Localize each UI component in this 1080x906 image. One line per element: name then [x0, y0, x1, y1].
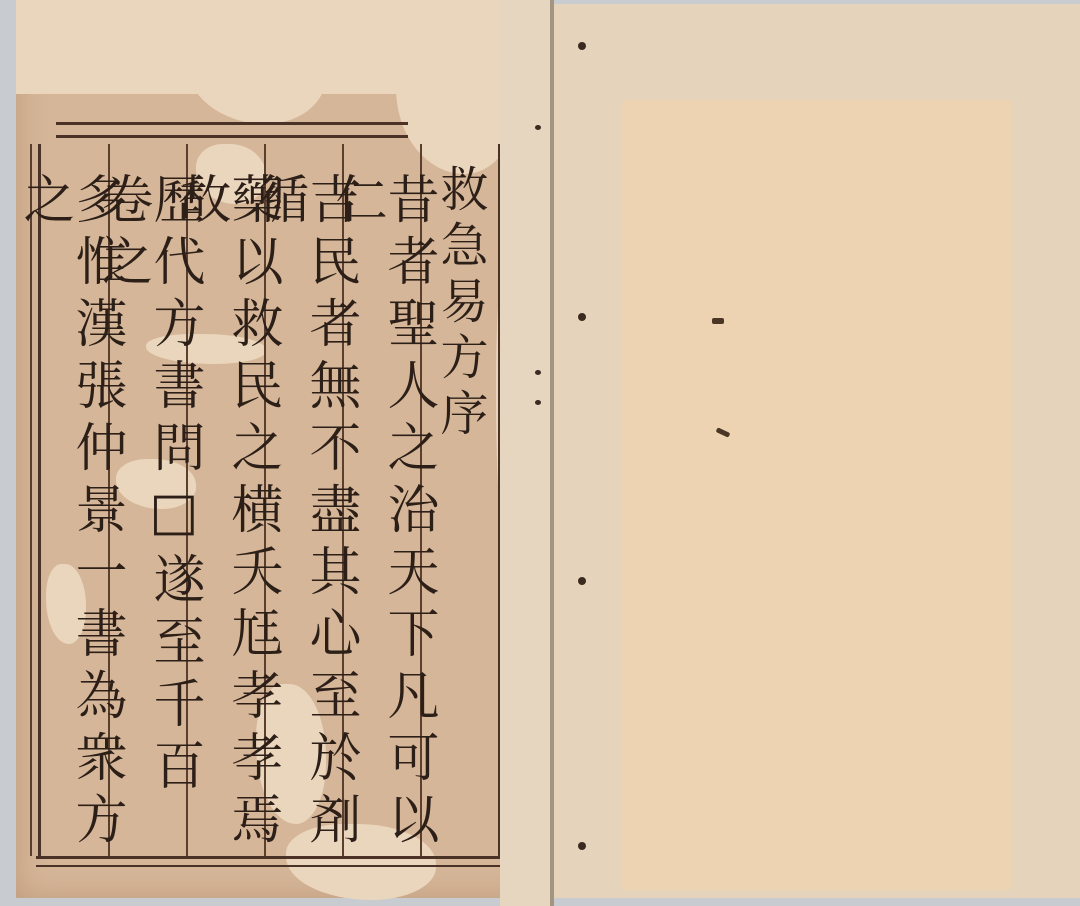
end-paper-panel	[622, 100, 1012, 890]
stitch-hole	[535, 125, 541, 130]
stitch-hole	[535, 400, 541, 405]
stitch-hole	[578, 842, 586, 850]
stitch-hole	[578, 42, 586, 50]
frame-bottom-border	[36, 856, 516, 867]
left-printed-leaf: 救急易方序 昔者聖人之治天下凡可以仁 吉民者無不盡其心至於剤循 藥以救民之横夭尪…	[16, 4, 552, 898]
text-column: 多惟漢張仲景一書為衆方之	[30, 144, 108, 856]
ink-speck	[712, 318, 724, 324]
book-scan: 救急易方序 昔者聖人之治天下凡可以仁 吉民者無不盡其心至於剤循 藥以救民之横夭尪…	[0, 0, 1080, 906]
stitch-hole	[578, 577, 586, 585]
column-text: 多惟漢張仲景一書為衆方之	[18, 172, 122, 856]
spine-gutter	[500, 0, 552, 906]
torn-area	[186, 14, 326, 124]
frame-top-border-right	[312, 122, 392, 138]
stitch-hole	[535, 370, 541, 375]
stitch-hole	[578, 313, 586, 321]
preface-title: 救急易方序	[436, 164, 484, 444]
